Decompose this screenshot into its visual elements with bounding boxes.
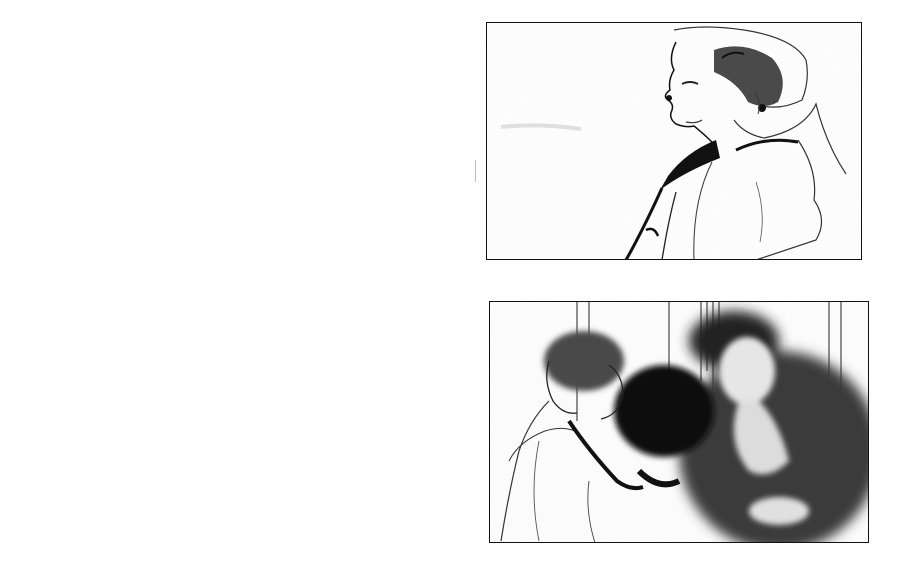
scanned-page: Pencil sketch of an older woman in profi… <box>0 0 907 567</box>
sketch-panel-bottom: Pencil sketch of three people close toge… <box>489 301 869 543</box>
woman-profile-sketch <box>486 22 862 260</box>
sketch-panel-top: Pencil sketch of an older woman in profi… <box>486 22 862 260</box>
three-figures-sketch <box>489 301 869 543</box>
scan-gutter-mark <box>475 160 476 182</box>
